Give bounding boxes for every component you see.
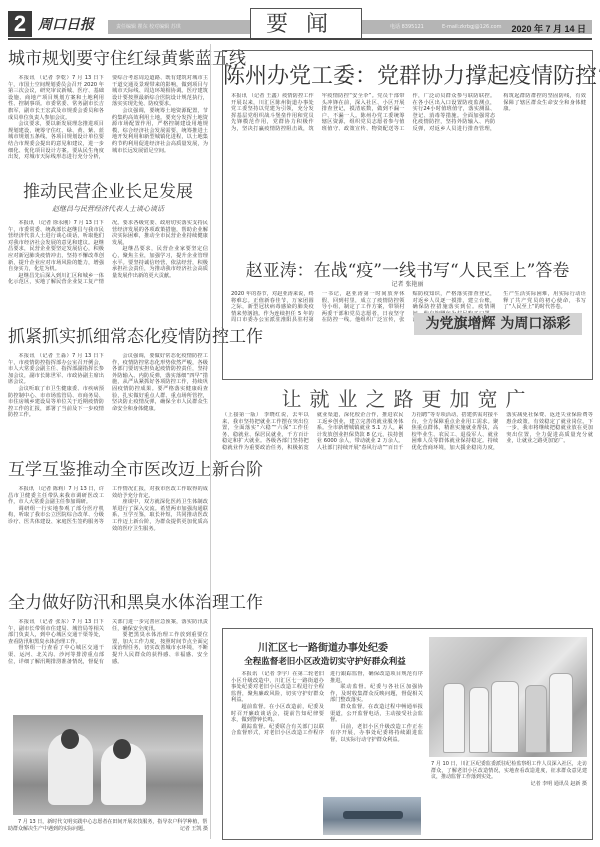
column-divider — [210, 44, 211, 839]
article-body: 本报讯 （记者 李乾）7 月 13 日下午，市国土空间规划委员会召开 2020 … — [8, 75, 208, 167]
phone-label: 电话 8395121 — [390, 20, 424, 34]
article-epidemic-control: 抓紧抓实抓细常态化疫情防控工作 本报讯 （记者 王淼）7 月 13 日下午，市疫… — [8, 322, 208, 445]
paragraph: 座谈中，双方就深化医药卫生体制改革进行了深入交流。希望两市加强沟通联系，互学互鉴… — [112, 499, 208, 532]
masthead: 2 周口日报 责任编辑 瞿东 校对编辑 苏琪 要闻 电话 8395121 E-m… — [8, 8, 592, 38]
article-body: 本报讯 （记者 王鑫）疫情防控工作开展以来，川汇区陈州街道办事处党工委坚持以党建… — [231, 93, 586, 233]
paper-name-logo: 周口日报 — [38, 14, 94, 34]
paragraph: 本报讯 （记者 李乾）7 月 13 日下午，市国土空间规划委员会召开 2020 … — [8, 75, 104, 121]
paragraph: 要把黑臭水体治理工作放到重要位置，加大工作力度，按照时间节点全面完成治理任务，切… — [112, 632, 208, 665]
article-title-employment: 让就业之路更加宽广 — [222, 383, 593, 412]
paragraph: 超前监督。在小区改造前，纪委及时召开廉政谈话会，提前告知纪律要求，做到警钟长鸣。 — [231, 704, 324, 724]
masthead-rule — [8, 38, 592, 40]
farm-photo — [13, 715, 203, 815]
article-medical-reform: 互学互鉴推动全市医改迈上新台阶 本报讯 （记者 陈莉）7 月 13 日，许昌市卫… — [8, 455, 208, 578]
paragraph: 本报讯 （记者 徐永刚）7 月 13 日下午，市委常委、统战部长赵继昌与我市民营… — [8, 220, 104, 273]
editors-bar: 责任编辑 瞿东 校对编辑 苏琪 — [108, 20, 250, 34]
paragraph: 本报讯 （记者 李宇）在第二轮老旧小区升级改造中，川汇区七一路街道办事处纪委对老… — [231, 671, 324, 704]
paragraph: 会议听取了市卫生健康委、市疾病预防控制中心、市市场监管局、市商务局、市住房城乡建… — [8, 386, 104, 419]
article-subtitle: 赵继昌与民营经济代表人士谈心谈话 — [8, 204, 208, 214]
paragraph: 联动监督。纪委与各社区加强协作，及时收集群众反映问题，督促相关部门整改落实。 — [330, 684, 423, 704]
left-column: 城市规划要守住红绿黄紫蓝五线 本报讯 （记者 李乾）7 月 13 日下午，市国土… — [8, 44, 208, 832]
paragraph: 会议强调，要做好常态化疫情防控工作，疫情防控常态化形势依然严峻，各级各部门要切实… — [112, 353, 208, 412]
paragraph: 本报讯 （记者 陈莉）7 月 13 日，许昌市卫健委主任带队来我市调研医改工作，… — [8, 486, 104, 506]
article-body-employment: （上接第一版） 李晓红说，去年以来，我市坚持把就业工作摆在突出位置，全面落实“六… — [222, 412, 593, 624]
community-visit-photo — [429, 637, 587, 757]
article-urban-planning: 城市规划要守住红绿黄紫蓝五线 本报讯 （记者 李乾）7 月 13 日下午，市国土… — [8, 44, 208, 167]
paragraph: 本报讯 （记者 王淼）7 月 13 日下午，市疫情防控指挥部办公室召开例会，市人… — [8, 353, 104, 386]
article-title: 陈州办党工委：党群协力撑起疫情防控“安全伞” — [223, 59, 592, 90]
issue-date: 2020 年 7 月 14 日 — [511, 22, 586, 35]
article-kicker: 川汇区七一路街道办事处纪委 — [233, 639, 413, 654]
photo-caption: 7 月 10 日，川汇区纪委监委派驻纪检监察组工作人员深入社区，走访群众，了解老… — [431, 761, 587, 787]
feature-box-chenzhou: 陈州办党工委：党群协力撑起疫情防控“安全伞” 本报讯 （记者 王鑫）疫情防控工作… — [222, 50, 593, 380]
article-title: 推动民营企业长足发展 — [8, 177, 208, 202]
article-body: 本报讯 （记者 李宇）在第二轮老旧小区升级改造中，川汇区七一路街道办事处纪委对老… — [231, 671, 423, 793]
article-body: 本报讯 （记者 陈莉）7 月 13 日，许昌市卫健委主任带队来我市调研医改工作，… — [8, 486, 208, 578]
paragraph: 目前，老旧小区升级改造工作正在有序开展，办事处纪委将持续跟进监督，以实际行动守护… — [330, 724, 423, 744]
article-body: 本报讯 （记者 徐永刚）7 月 13 日下午，市委常委、统战部长赵继昌与我市民营… — [8, 220, 208, 312]
article-flood-control: 全力做好防汛和黑臭水体治理工作 本报讯 （记者 张东）7 月 13 日下午，副市… — [8, 588, 208, 711]
photo-credit: 记者 李明 通讯员 赵新 摄 — [431, 781, 587, 788]
sub-article-title: 赵亚涛：在战“疫”一线书写“人民至上”答卷 — [223, 256, 592, 281]
article-title: 抓紧抓实抓细常态化疫情防控工作 — [8, 322, 208, 347]
paragraph: 会议强调，要统筹土地资源配置，节约集约高效利用土地。要充分发挥土地资源市场配置作… — [112, 108, 208, 154]
paragraph: 群众监督。在改造过程中畅通举报渠道，公开监督电话，主动接受社会监督。 — [330, 704, 423, 724]
article-body: 本报讯 （记者 王淼）7 月 13 日下午，市疫情防控指挥部办公室召开例会，市人… — [8, 353, 208, 445]
photo-caption: 7 月 13 日，新时代文明实践中心志愿者在田间开展农技服务，指导农户科学种植，… — [8, 819, 208, 832]
article-title: 互学互鉴推动全市医改迈上新台阶 — [8, 455, 208, 480]
email-label: E-mail:zkrbgj@126.com — [442, 20, 502, 34]
promo-image — [323, 797, 421, 835]
article-body: 本报讯 （记者 张东）7 月 13 日下午，副市长带领市住建局、城管局等相关部门… — [8, 619, 208, 711]
article-title: 全程监督老旧小区改造切实守护好群众利益 — [227, 655, 423, 667]
article-title: 城市规划要守住红绿黄紫蓝五线 — [8, 44, 208, 69]
paragraph: 本报讯 （记者 张东）7 月 13 日下午，副市长带领市住建局、城管局等相关部门… — [8, 619, 104, 645]
feature-box-supervision: 川汇区七一路街道办事处纪委 全程监督老旧小区改造切实守护好群众利益 本报讯 （记… — [222, 628, 593, 840]
page-number: 2 — [8, 11, 32, 37]
paragraph: 赵继昌要求，民营企业家要坚定信心，聚焦主业，加强学习，提升企业管理水平。要坚持诚… — [112, 246, 208, 279]
slogan-banner: 为党旗增辉 为周口添彩 — [414, 313, 582, 335]
section-title: 要闻 — [250, 8, 362, 40]
photo-credit: 记者 王凯 摄 — [170, 826, 208, 833]
byline: 记者 张艳丽 — [223, 279, 592, 288]
article-private-enterprise: 推动民营企业长足发展 赵继昌与民营经济代表人士谈心谈话 本报讯 （记者 徐永刚）… — [8, 177, 208, 312]
article-title: 全力做好防汛和黑臭水体治理工作 — [8, 588, 208, 613]
